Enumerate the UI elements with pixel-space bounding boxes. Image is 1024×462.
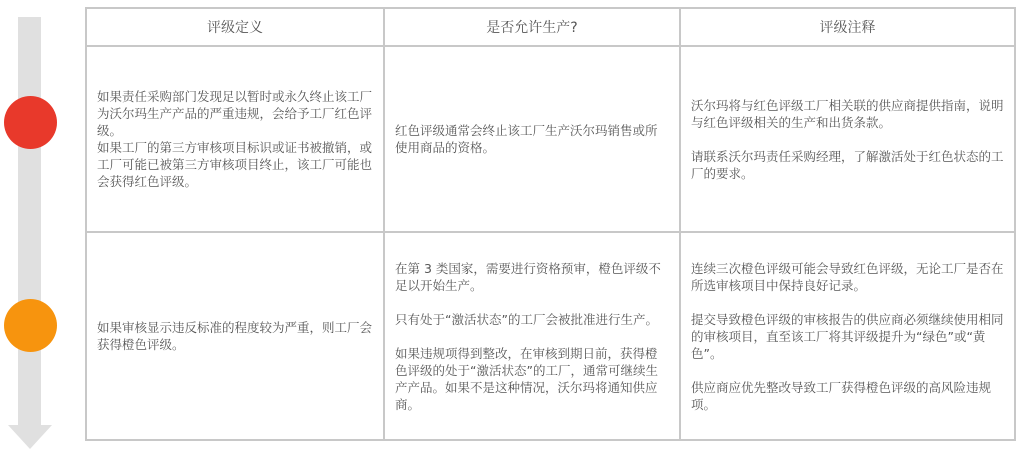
orange-production-cell: 在第 3 类国家，需要进行资格预审，橙色评级不足以开始生产。 只有处于“激活状态… — [384, 232, 680, 440]
table-row-red: 如果责任采购部门发现足以暂时或永久终止该工厂为沃尔玛生产产品的严重违规，会给予工… — [86, 46, 1015, 232]
red-notes-text-1: 沃尔玛将与红色评级工厂相关联的供应商提供指南，说明与红色评级相关的生产和出货条款… — [691, 97, 1004, 131]
orange-notes-text-3: 供应商应优先整改导致工厂获得橙色评级的高风险违规项。 — [691, 379, 1004, 413]
red-definition-text-2: 如果工厂的第三方审核项目标识或证书被撤销，或工厂可能已被第三方审核项目终止，该工… — [97, 139, 373, 190]
red-notes-cell: 沃尔玛将与红色评级工厂相关联的供应商提供指南，说明与红色评级相关的生产和出货条款… — [680, 46, 1015, 232]
table-header-row: 评级定义 是否允许生产? 评级注释 — [86, 8, 1015, 46]
red-production-cell: 红色评级通常会终止该工厂生产沃尔玛销售或所使用商品的资格。 — [384, 46, 680, 232]
red-definition-text-1: 如果责任采购部门发现足以暂时或永久终止该工厂为沃尔玛生产产品的严重违规，会给予工… — [97, 88, 373, 139]
header-rating-definition: 评级定义 — [86, 8, 384, 46]
orange-definition-cell: 如果审核显示违反标准的程度较为严重，则工厂会获得橙色评级。 — [86, 232, 384, 440]
rating-table: 评级定义 是否允许生产? 评级注释 如果责任采购部门发现足以暂时或永久终止该工厂… — [85, 7, 1016, 441]
red-production-text-1: 红色评级通常会终止该工厂生产沃尔玛销售或所使用商品的资格。 — [395, 122, 669, 156]
orange-production-text-1: 在第 3 类国家，需要进行资格预审，橙色评级不足以开始生产。 — [395, 260, 669, 294]
red-notes-text-2: 请联系沃尔玛责任采购经理，了解激活处于红色状态的工厂的要求。 — [691, 148, 1004, 182]
orange-definition-text-1: 如果审核显示违反标准的程度较为严重，则工厂会获得橙色评级。 — [97, 319, 373, 353]
orange-production-text-2: 只有处于“激活状态”的工厂会被批准进行生产。 — [395, 311, 669, 328]
arrow-down-icon — [8, 425, 52, 449]
red-definition-cell: 如果责任采购部门发现足以暂时或永久终止该工厂为沃尔玛生产产品的严重违规，会给予工… — [86, 46, 384, 232]
table-row-orange: 如果审核显示违反标准的程度较为严重，则工厂会获得橙色评级。 在第 3 类国家，需… — [86, 232, 1015, 440]
header-rating-notes: 评级注释 — [680, 8, 1015, 46]
header-production-allowed: 是否允许生产? — [384, 8, 680, 46]
red-rating-indicator — [4, 96, 57, 149]
orange-notes-cell: 连续三次橙色评级可能会导致红色评级，无论工厂是否在所选审核项目中保持良好记录。 … — [680, 232, 1015, 440]
timeline-arrow-shaft — [18, 17, 41, 427]
orange-notes-text-1: 连续三次橙色评级可能会导致红色评级，无论工厂是否在所选审核项目中保持良好记录。 — [691, 260, 1004, 294]
orange-rating-indicator — [4, 299, 57, 352]
orange-production-text-3: 如果违规项得到整改，在审核到期日前，获得橙色评级的处于“激活状态”的工厂，通常可… — [395, 345, 669, 413]
orange-notes-text-2: 提交导致橙色评级的审核报告的供应商必须继续使用相同的审核项目，直至该工厂将其评级… — [691, 311, 1004, 362]
